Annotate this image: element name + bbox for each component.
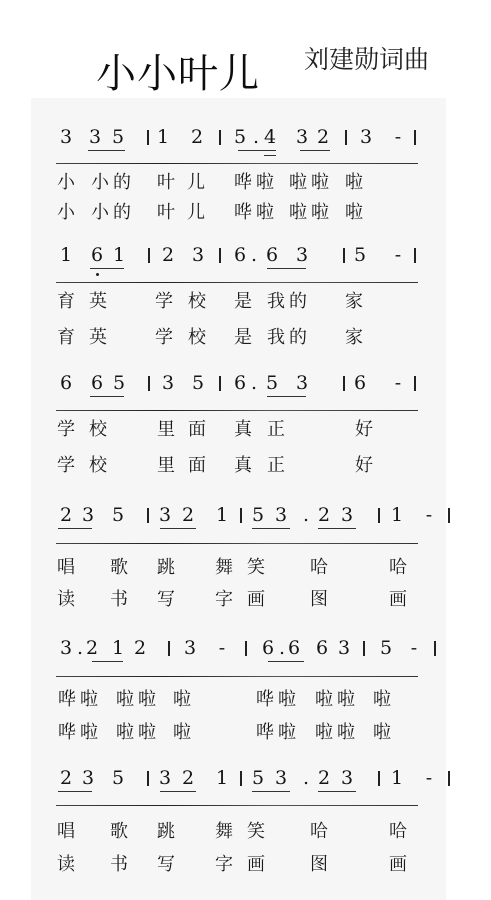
lyric-char: 好 [355, 455, 373, 477]
eighth-underline [58, 791, 92, 792]
note-digit: 5 [112, 767, 124, 789]
staff-rule [56, 282, 418, 283]
lyric-char: 的 [113, 172, 131, 194]
sixteenth-underline [264, 155, 276, 156]
lyric-char: 面 [188, 455, 206, 477]
lyric-char: 啦 [80, 722, 98, 744]
eighth-underline [267, 268, 306, 269]
lyric-char: 家 [345, 327, 363, 349]
lyric-char: 画 [389, 589, 407, 611]
barline [240, 508, 242, 523]
lyric-char: 英 [89, 327, 107, 349]
barline [414, 130, 416, 145]
lyric-char: 校 [188, 327, 206, 349]
note-digit: 6 [262, 637, 274, 659]
lyric-char: 啦 [315, 689, 333, 711]
note-digit: 6 [234, 244, 246, 266]
lyric-char: 笑 [247, 821, 265, 843]
barline [147, 130, 149, 145]
lyric-char: 小 [57, 202, 75, 224]
lyricist-composer-credit: 刘建勋词曲 [304, 40, 429, 76]
staff-rule [56, 163, 418, 164]
lyric-char: 啦 [278, 722, 296, 744]
lyric-char: 啦 [116, 722, 134, 744]
note-digit: 6 [60, 372, 72, 394]
lyric-char: 啦 [311, 202, 329, 224]
note-digit: 2 [317, 126, 329, 148]
note-digit: 2 [162, 244, 174, 266]
eighth-underline [318, 528, 356, 529]
note-digit: 3 [60, 126, 72, 148]
barline [448, 771, 450, 786]
lyric-char: 啦 [116, 689, 134, 711]
lyric-char: 啦 [173, 722, 191, 744]
lyric-char: 啦 [373, 689, 391, 711]
lyric-char: 真 [234, 455, 252, 477]
eighth-underline [160, 528, 196, 529]
lyric-char: 啦 [315, 722, 333, 744]
note-digit: 3 [296, 126, 308, 148]
note-digit: 1 [391, 504, 403, 526]
barline [363, 641, 365, 656]
note-digit: 1 [216, 767, 228, 789]
barline [168, 641, 170, 656]
eighth-underline [92, 661, 123, 662]
lyric-char: 唱 [57, 821, 75, 843]
dot-rhythm: . [303, 767, 309, 789]
lyric-char: 我 [267, 291, 285, 313]
lyric-char: 学 [57, 419, 75, 441]
lyric-char: 是 [234, 291, 252, 313]
lyric-char: 啦 [337, 722, 355, 744]
lyric-char: 学 [155, 291, 173, 313]
eighth-underline [267, 396, 306, 397]
staff-rule [56, 543, 418, 544]
lyric-char: 啦 [337, 689, 355, 711]
note-digit: 2 [318, 504, 330, 526]
lyric-char: 儿 [187, 172, 205, 194]
lyric-char: 儿 [187, 202, 205, 224]
note-digit: 5 [354, 244, 366, 266]
barline [219, 248, 221, 263]
staff-rule [56, 676, 418, 677]
note-digit: 5 [252, 504, 264, 526]
lyric-char: 哗 [58, 689, 76, 711]
note-digit: 6 [354, 372, 366, 394]
lyric-char: 啦 [138, 722, 156, 744]
lyric-char: 我 [267, 327, 285, 349]
lyric-char: 图 [310, 854, 328, 876]
lyric-char: 啦 [289, 202, 307, 224]
eighth-underline [252, 791, 290, 792]
note-digit: 5 [234, 126, 246, 148]
barline [245, 641, 247, 656]
note-digit: 3 [159, 767, 171, 789]
lyric-char: 真 [234, 419, 252, 441]
note-digit: 5 [380, 637, 392, 659]
note-digit: 6 [288, 637, 300, 659]
lyric-char: 小 [57, 172, 75, 194]
sustain-dash: - [411, 637, 417, 659]
note-digit: 2 [60, 504, 72, 526]
lyric-char: 哈 [389, 821, 407, 843]
barline [345, 130, 347, 145]
eighth-underline [318, 791, 356, 792]
lyric-char: 是 [234, 327, 252, 349]
dot-rhythm: . [303, 504, 309, 526]
lyric-char: 书 [110, 854, 128, 876]
lyric-char: 哈 [389, 557, 407, 579]
barline [414, 248, 416, 263]
note-digit: 3 [162, 372, 174, 394]
lyric-char: 啦 [256, 172, 274, 194]
lyric-char: 的 [289, 327, 307, 349]
note-digit: 3 [60, 637, 72, 659]
lyric-char: 读 [57, 589, 75, 611]
note-digit: 3 [360, 126, 372, 148]
lyric-char: 图 [310, 589, 328, 611]
note-digit: 5 [113, 372, 125, 394]
barline [148, 376, 150, 391]
lyric-char: 的 [289, 291, 307, 313]
eighth-underline [58, 528, 92, 529]
lyric-char: 啦 [345, 172, 363, 194]
eighth-underline [90, 268, 124, 269]
lyric-char: 正 [267, 455, 285, 477]
note-digit: 3 [82, 767, 94, 789]
lyric-char: 学 [57, 455, 75, 477]
lyric-char: 唱 [57, 557, 75, 579]
lyric-char: 画 [247, 854, 265, 876]
note-digit: 6 [91, 372, 103, 394]
lyric-char: 面 [188, 419, 206, 441]
lyric-char: 叶 [157, 202, 175, 224]
barline [147, 508, 149, 523]
lyric-char: 校 [188, 291, 206, 313]
sustain-dash: - [395, 126, 401, 148]
lyric-char: 学 [155, 327, 173, 349]
lyric-char: 书 [110, 589, 128, 611]
barline [219, 376, 221, 391]
barline [448, 508, 450, 523]
note-digit: 2 [182, 504, 194, 526]
eighth-underline [88, 150, 125, 151]
barline [343, 248, 345, 263]
lyric-char: 哗 [256, 722, 274, 744]
note-digit: 5 [112, 504, 124, 526]
sustain-dash: - [426, 767, 432, 789]
lyric-char: 英 [89, 291, 107, 313]
lyric-char: 跳 [157, 821, 175, 843]
note-digit: 1 [157, 126, 169, 148]
dot-rhythm: . [251, 244, 257, 266]
lyric-char: 啦 [138, 689, 156, 711]
eighth-underline [252, 528, 290, 529]
note-digit: 2 [318, 767, 330, 789]
lyric-char: 舞 [215, 821, 233, 843]
lyric-char: 啦 [256, 202, 274, 224]
note-digit: 3 [89, 126, 101, 148]
staff-rule [56, 410, 418, 411]
barline [378, 771, 380, 786]
note-digit: 6 [234, 372, 246, 394]
note-digit: 2 [60, 767, 72, 789]
lyric-char: 叶 [157, 172, 175, 194]
lyric-char: 读 [57, 854, 75, 876]
lyric-char: 里 [157, 419, 175, 441]
lyric-char: 写 [157, 854, 175, 876]
note-digit: 6 [266, 244, 278, 266]
lyric-char: 哈 [310, 821, 328, 843]
lyric-char: 正 [267, 419, 285, 441]
note-digit: 4 [264, 126, 276, 148]
staff-rule [56, 805, 418, 806]
lyric-char: 哗 [234, 172, 252, 194]
sustain-dash: - [426, 504, 432, 526]
lyric-char: 哗 [58, 722, 76, 744]
dot-rhythm: . [251, 372, 257, 394]
lyric-char: 哗 [256, 689, 274, 711]
note-digit: 3 [82, 504, 94, 526]
song-title: 小小叶儿 [96, 42, 260, 99]
note-digit: 3 [341, 504, 353, 526]
lyric-char: 啦 [173, 689, 191, 711]
note-digit: 2 [191, 126, 203, 148]
eighth-underline [160, 791, 196, 792]
note-digit: 2 [86, 637, 98, 659]
lyric-char: 跳 [157, 557, 175, 579]
lyric-char: 校 [89, 455, 107, 477]
lyric-char: 画 [247, 589, 265, 611]
dot-rhythm: . [279, 637, 285, 659]
barline [148, 248, 150, 263]
lyric-char: 校 [89, 419, 107, 441]
sustain-dash: - [219, 637, 225, 659]
lyric-char: 写 [157, 589, 175, 611]
lyric-char: 画 [389, 854, 407, 876]
lyric-char: 笑 [247, 557, 265, 579]
lyric-char: 歌 [110, 557, 128, 579]
note-digit: 3 [296, 244, 308, 266]
barline [343, 376, 345, 391]
lyric-char: 小 [91, 172, 109, 194]
dot-rhythm: . [77, 637, 83, 659]
sustain-dash: - [395, 372, 401, 394]
lyric-char: 里 [157, 455, 175, 477]
barline [240, 771, 242, 786]
eighth-underline [90, 396, 124, 397]
lyric-char: 啦 [289, 172, 307, 194]
note-digit: 3 [192, 244, 204, 266]
note-digit: 6 [316, 637, 328, 659]
barline [414, 376, 416, 391]
eighth-underline [238, 150, 276, 151]
lyric-char: 家 [345, 291, 363, 313]
barline [147, 771, 149, 786]
lyric-char: 字 [215, 589, 233, 611]
note-digit: 5 [192, 372, 204, 394]
note-digit: 3 [159, 504, 171, 526]
note-digit: 3 [296, 372, 308, 394]
lyric-char: 啦 [345, 202, 363, 224]
note-digit: 5 [266, 372, 278, 394]
lyric-char: 啦 [80, 689, 98, 711]
lyric-char: 哗 [234, 202, 252, 224]
lyric-char: 育 [57, 291, 75, 313]
note-digit: 3 [275, 767, 287, 789]
note-digit: 1 [112, 637, 124, 659]
eighth-underline [268, 661, 304, 662]
note-digit: 3 [338, 637, 350, 659]
note-digit: 6 [91, 244, 103, 266]
lyric-char: 啦 [278, 689, 296, 711]
note-digit: 1 [60, 244, 72, 266]
lyric-char: 哈 [310, 557, 328, 579]
note-digit: 5 [112, 126, 124, 148]
lyric-char: 小 [91, 202, 109, 224]
barline [434, 641, 436, 656]
low-octave-dot [96, 273, 99, 276]
dot-rhythm: . [253, 126, 259, 148]
sustain-dash: - [395, 244, 401, 266]
lyric-char: 啦 [311, 172, 329, 194]
lyric-char: 育 [57, 327, 75, 349]
note-digit: 5 [252, 767, 264, 789]
barline [378, 508, 380, 523]
barline [219, 130, 221, 145]
lyric-char: 的 [113, 202, 131, 224]
note-digit: 3 [184, 637, 196, 659]
lyric-char: 字 [215, 854, 233, 876]
lyric-char: 歌 [110, 821, 128, 843]
lyric-char: 好 [355, 419, 373, 441]
note-digit: 3 [341, 767, 353, 789]
note-digit: 1 [113, 244, 125, 266]
lyric-char: 啦 [373, 722, 391, 744]
lyric-char: 舞 [215, 557, 233, 579]
note-digit: 2 [182, 767, 194, 789]
note-digit: 1 [216, 504, 228, 526]
note-digit: 1 [391, 767, 403, 789]
note-digit: 3 [275, 504, 287, 526]
note-digit: 2 [134, 637, 146, 659]
eighth-underline [300, 150, 330, 151]
